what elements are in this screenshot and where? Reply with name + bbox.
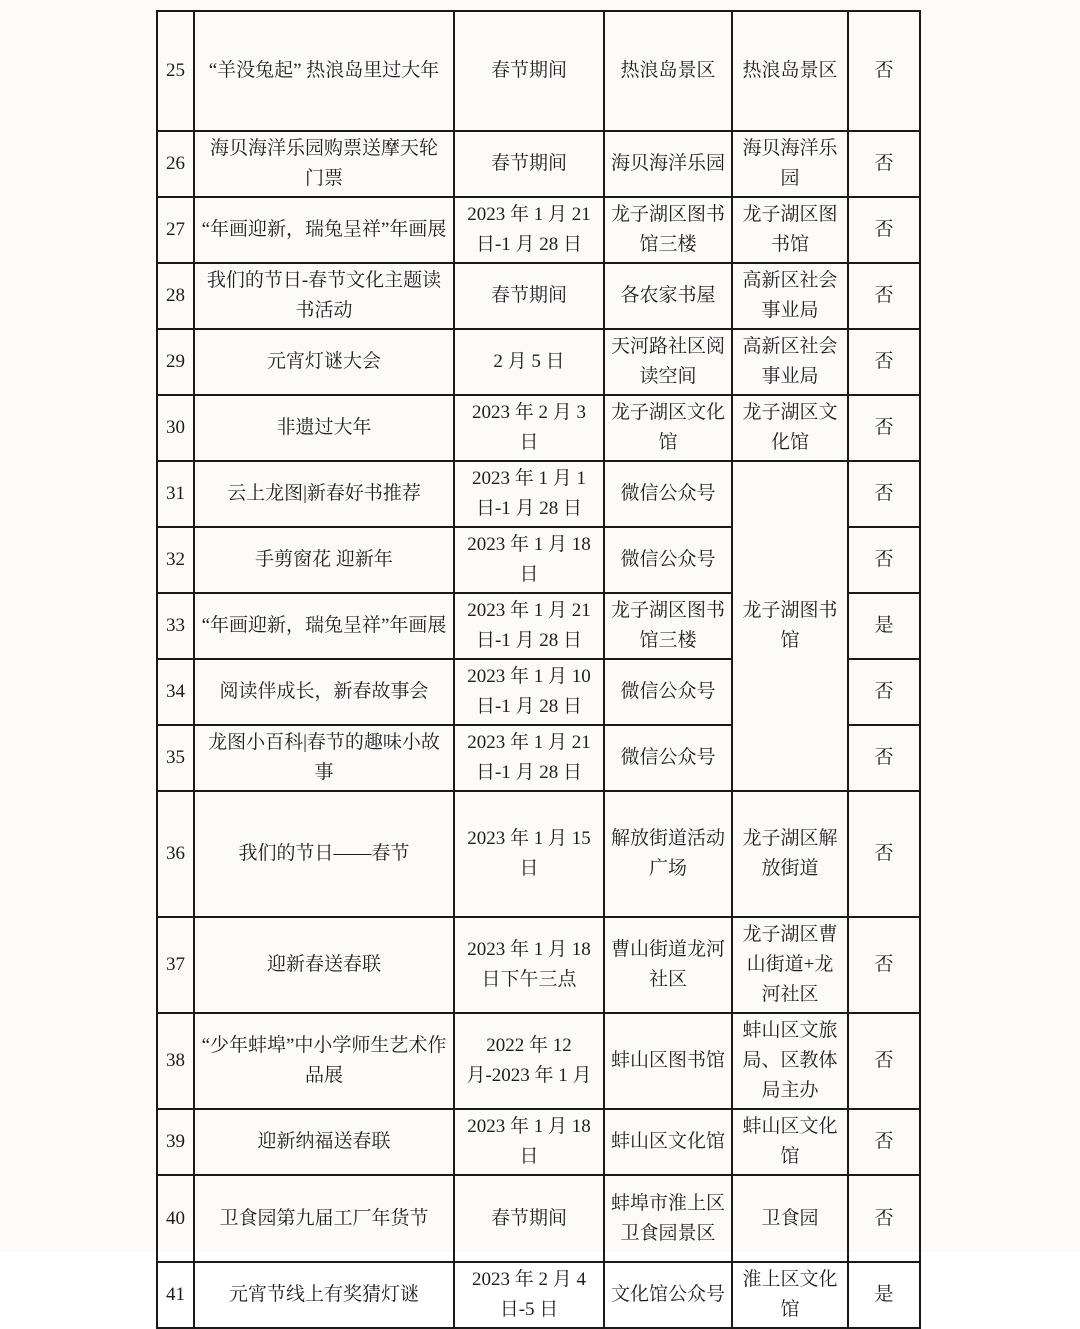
row-number-cell: 37 [157, 917, 194, 1013]
organizer-cell: 热浪岛景区 [732, 11, 848, 131]
location-cell: 龙子湖区文化馆 [604, 395, 732, 461]
location-cell: 微信公众号 [604, 461, 732, 527]
approval-cell: 否 [848, 659, 920, 725]
table-row: 37 迎新春送春联 2023 年 1 月 18 日下午三点 曹山街道龙河社区 龙… [157, 917, 920, 1013]
approval-cell: 否 [848, 11, 920, 131]
activity-name-cell: 我们的节日——春节 [194, 791, 454, 917]
organizer-cell: 蚌山区文旅局、区教体局主办 [732, 1013, 848, 1109]
time-cell: 2023 年 1 月 18 日 [454, 1109, 604, 1175]
table-row: 25 “羊没兔起” 热浪岛里过大年 春节期间 热浪岛景区 热浪岛景区 否 [157, 11, 920, 131]
row-number-cell: 38 [157, 1013, 194, 1109]
location-cell: 文化馆公众号 [604, 1262, 732, 1328]
time-cell: 2023 年 1 月 21 日-1 月 28 日 [454, 197, 604, 263]
activity-name-cell: 迎新纳福送春联 [194, 1109, 454, 1175]
location-cell: 龙子湖区图书馆三楼 [604, 197, 732, 263]
row-number-cell: 25 [157, 11, 194, 131]
row-number-cell: 34 [157, 659, 194, 725]
location-cell: 蚌山区文化馆 [604, 1109, 732, 1175]
row-number-cell: 27 [157, 197, 194, 263]
row-number-cell: 41 [157, 1262, 194, 1328]
location-cell: 龙子湖区图书馆三楼 [604, 593, 732, 659]
approval-cell: 否 [848, 131, 920, 197]
row-number-cell: 28 [157, 263, 194, 329]
activity-table: 25 “羊没兔起” 热浪岛里过大年 春节期间 热浪岛景区 热浪岛景区 否 26 … [156, 10, 921, 1329]
row-number-cell: 30 [157, 395, 194, 461]
time-cell: 春节期间 [454, 263, 604, 329]
approval-cell: 是 [848, 593, 920, 659]
organizer-cell: 高新区社会事业局 [732, 263, 848, 329]
approval-cell: 否 [848, 329, 920, 395]
organizer-cell: 卫食园 [732, 1175, 848, 1262]
table-row: 31 云上龙图|新春好书推荐 2023 年 1 月 1 日-1 月 28 日 微… [157, 461, 920, 527]
time-cell: 2023 年 1 月 21 日-1 月 28 日 [454, 725, 604, 791]
activity-name-cell: 迎新春送春联 [194, 917, 454, 1013]
activity-name-cell: “年画迎新，瑞兔呈祥”年画展 [194, 197, 454, 263]
approval-cell: 否 [848, 263, 920, 329]
time-cell: 春节期间 [454, 11, 604, 131]
approval-cell: 否 [848, 1109, 920, 1175]
time-cell: 2022 年 12 月-2023 年 1 月 [454, 1013, 604, 1109]
row-number-cell: 29 [157, 329, 194, 395]
time-cell: 2023 年 1 月 18 日下午三点 [454, 917, 604, 1013]
scanned-document-page: 25 “羊没兔起” 热浪岛里过大年 春节期间 热浪岛景区 热浪岛景区 否 26 … [0, 0, 1080, 1252]
location-cell: 微信公众号 [604, 725, 732, 791]
row-number-cell: 31 [157, 461, 194, 527]
approval-cell: 否 [848, 527, 920, 593]
table-row: 38 “少年蚌埠”中小学师生艺术作品展 2022 年 12 月-2023 年 1… [157, 1013, 920, 1109]
approval-cell: 否 [848, 1013, 920, 1109]
row-number-cell: 40 [157, 1175, 194, 1262]
activity-name-cell: “少年蚌埠”中小学师生艺术作品展 [194, 1013, 454, 1109]
row-number-cell: 32 [157, 527, 194, 593]
activity-name-cell: 我们的节日-春节文化主题读书活动 [194, 263, 454, 329]
table-row: 27 “年画迎新，瑞兔呈祥”年画展 2023 年 1 月 21 日-1 月 28… [157, 197, 920, 263]
activity-name-cell: 卫食园第九届工厂年货节 [194, 1175, 454, 1262]
table-row: 30 非遗过大年 2023 年 2 月 3 日 龙子湖区文化馆 龙子湖区文化馆 … [157, 395, 920, 461]
table-row: 28 我们的节日-春节文化主题读书活动 春节期间 各农家书屋 高新区社会事业局 … [157, 263, 920, 329]
activity-name-cell: 阅读伴成长，新春故事会 [194, 659, 454, 725]
activity-name-cell: 元宵灯谜大会 [194, 329, 454, 395]
time-cell: 2023 年 1 月 1 日-1 月 28 日 [454, 461, 604, 527]
approval-cell: 是 [848, 1262, 920, 1328]
approval-cell: 否 [848, 395, 920, 461]
approval-cell: 否 [848, 725, 920, 791]
location-cell: 天河路社区阅读空间 [604, 329, 732, 395]
approval-cell: 否 [848, 197, 920, 263]
approval-cell: 否 [848, 791, 920, 917]
row-number-cell: 36 [157, 791, 194, 917]
location-cell: 微信公众号 [604, 659, 732, 725]
location-cell: 蚌埠市淮上区卫食园景区 [604, 1175, 732, 1262]
time-cell: 春节期间 [454, 1175, 604, 1262]
activity-name-cell: 云上龙图|新春好书推荐 [194, 461, 454, 527]
approval-cell: 否 [848, 917, 920, 1013]
organizer-cell: 龙子湖区解放街道 [732, 791, 848, 917]
organizer-cell: 蚌山区文化馆 [732, 1109, 848, 1175]
activity-name-cell: 龙图小百科|春节的趣味小故事 [194, 725, 454, 791]
time-cell: 2023 年 1 月 10 日-1 月 28 日 [454, 659, 604, 725]
organizer-cell: 龙子湖区图书馆 [732, 197, 848, 263]
organizer-cell: 海贝海洋乐园 [732, 131, 848, 197]
location-cell: 蚌山区图书馆 [604, 1013, 732, 1109]
activity-name-cell: “年画迎新，瑞兔呈祥”年画展 [194, 593, 454, 659]
table-row: 39 迎新纳福送春联 2023 年 1 月 18 日 蚌山区文化馆 蚌山区文化馆… [157, 1109, 920, 1175]
time-cell: 2 月 5 日 [454, 329, 604, 395]
organizer-cell: 龙子湖区曹山街道+龙河社区 [732, 917, 848, 1013]
activity-name-cell: “羊没兔起” 热浪岛里过大年 [194, 11, 454, 131]
activity-name-cell: 元宵节线上有奖猜灯谜 [194, 1262, 454, 1328]
activity-name-cell: 非遗过大年 [194, 395, 454, 461]
approval-cell: 否 [848, 1175, 920, 1262]
location-cell: 各农家书屋 [604, 263, 732, 329]
time-cell: 2023 年 1 月 21 日-1 月 28 日 [454, 593, 604, 659]
location-cell: 解放街道活动广场 [604, 791, 732, 917]
table-row: 41 元宵节线上有奖猜灯谜 2023 年 2 月 4 日-5 日 文化馆公众号 … [157, 1262, 920, 1328]
location-cell: 热浪岛景区 [604, 11, 732, 131]
activity-name-cell: 手剪窗花 迎新年 [194, 527, 454, 593]
row-number-cell: 33 [157, 593, 194, 659]
table-row: 36 我们的节日——春节 2023 年 1 月 15 日 解放街道活动广场 龙子… [157, 791, 920, 917]
time-cell: 2023 年 1 月 15 日 [454, 791, 604, 917]
table-row: 26 海贝海洋乐园购票送摩天轮门票 春节期间 海贝海洋乐园 海贝海洋乐园 否 [157, 131, 920, 197]
organizer-cell: 淮上区文化馆 [732, 1262, 848, 1328]
time-cell: 春节期间 [454, 131, 604, 197]
organizer-cell: 高新区社会事业局 [732, 329, 848, 395]
location-cell: 曹山街道龙河社区 [604, 917, 732, 1013]
location-cell: 微信公众号 [604, 527, 732, 593]
table-row: 40 卫食园第九届工厂年货节 春节期间 蚌埠市淮上区卫食园景区 卫食园 否 [157, 1175, 920, 1262]
time-cell: 2023 年 1 月 18 日 [454, 527, 604, 593]
location-cell: 海贝海洋乐园 [604, 131, 732, 197]
row-number-cell: 39 [157, 1109, 194, 1175]
organizer-cell: 龙子湖区文化馆 [732, 395, 848, 461]
activity-name-cell: 海贝海洋乐园购票送摩天轮门票 [194, 131, 454, 197]
table-row: 29 元宵灯谜大会 2 月 5 日 天河路社区阅读空间 高新区社会事业局 否 [157, 329, 920, 395]
row-number-cell: 35 [157, 725, 194, 791]
time-cell: 2023 年 2 月 4 日-5 日 [454, 1262, 604, 1328]
row-number-cell: 26 [157, 131, 194, 197]
approval-cell: 否 [848, 461, 920, 527]
time-cell: 2023 年 2 月 3 日 [454, 395, 604, 461]
organizer-cell-merged: 龙子湖图书馆 [732, 461, 848, 791]
